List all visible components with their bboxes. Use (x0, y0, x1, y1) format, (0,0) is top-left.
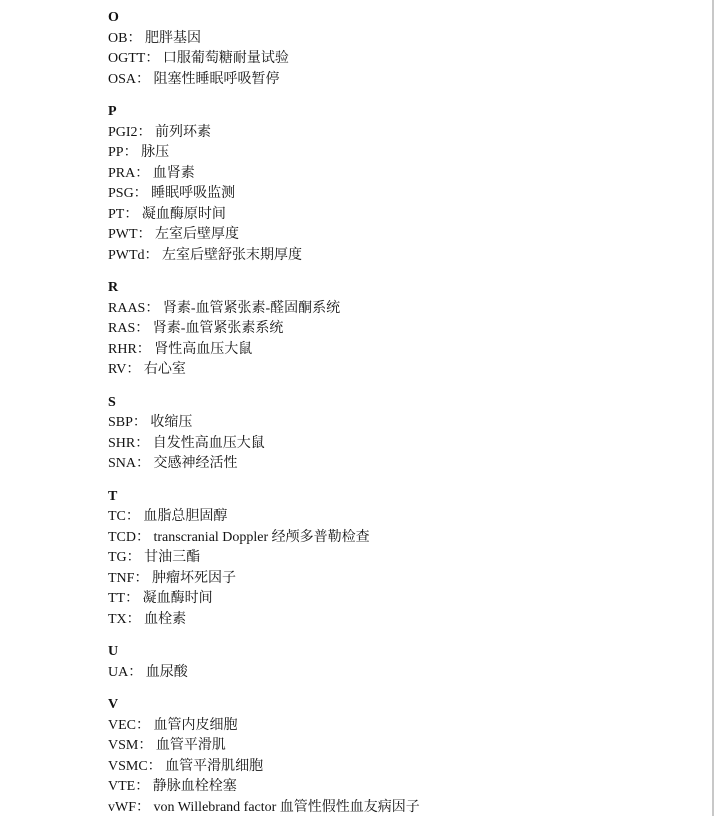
glossary-section-v: V VEC： 血管内皮细胞 VSM： 血管平滑肌 VSMC： 血管平滑肌细胞 V… (108, 695, 676, 816)
glossary-entry: TNF： 肿瘤坏死因子 (108, 569, 676, 590)
section-letter: S (108, 393, 676, 414)
glossary-entry: RAS： 肾素-血管紧张素系统 (108, 319, 676, 340)
glossary-entry: TX： 血栓素 (108, 610, 676, 631)
glossary-entry: VSMC： 血管平滑肌细胞 (108, 757, 676, 778)
section-letter: P (108, 102, 676, 123)
glossary-entry: TT： 凝血酶时间 (108, 589, 676, 610)
glossary-entry: TC： 血脂总胆固醇 (108, 507, 676, 528)
glossary-entry: VSM： 血管平滑肌 (108, 736, 676, 757)
section-letter: R (108, 278, 676, 299)
glossary-content: O OB： 肥胖基因 OGTT： 口服葡萄糖耐量试验 OSA： 阻塞性睡眠呼吸暂… (108, 8, 676, 816)
glossary-entry: TCD： transcranial Doppler 经颅多普勒检查 (108, 528, 676, 549)
page-right-edge-divider (712, 0, 714, 816)
section-letter: O (108, 8, 676, 29)
glossary-entry: PWT： 左室后壁厚度 (108, 225, 676, 246)
glossary-entry: vWF： von Willebrand factor 血管性假性血友病因子 (108, 798, 676, 816)
glossary-section-u: U UA： 血尿酸 (108, 642, 676, 683)
glossary-entry: PT： 凝血酶原时间 (108, 205, 676, 226)
glossary-entry: PWTd： 左室后壁舒张末期厚度 (108, 246, 676, 267)
glossary-entry: OSA： 阻塞性睡眠呼吸暂停 (108, 70, 676, 91)
section-letter: T (108, 487, 676, 508)
document-page: O OB： 肥胖基因 OGTT： 口服葡萄糖耐量试验 OSA： 阻塞性睡眠呼吸暂… (0, 0, 716, 816)
glossary-entry: PRA： 血肾素 (108, 164, 676, 185)
glossary-entry: OB： 肥胖基因 (108, 29, 676, 50)
glossary-entry: PSG： 睡眠呼吸监测 (108, 184, 676, 205)
glossary-entry: SHR： 自发性高血压大鼠 (108, 434, 676, 455)
glossary-entry: SBP： 收缩压 (108, 413, 676, 434)
glossary-entry: PGI2： 前列环素 (108, 123, 676, 144)
glossary-entry: PP： 脉压 (108, 143, 676, 164)
glossary-entry: VEC： 血管内皮细胞 (108, 716, 676, 737)
glossary-section-r: R RAAS： 肾素-血管紧张素-醛固酮系统 RAS： 肾素-血管紧张素系统 R… (108, 278, 676, 381)
glossary-section-t: T TC： 血脂总胆固醇 TCD： transcranial Doppler 经… (108, 487, 676, 631)
glossary-section-s: S SBP： 收缩压 SHR： 自发性高血压大鼠 SNA： 交感神经活性 (108, 393, 676, 475)
section-letter: U (108, 642, 676, 663)
section-letter: V (108, 695, 676, 716)
glossary-entry: RV： 右心室 (108, 360, 676, 381)
glossary-section-p: P PGI2： 前列环素 PP： 脉压 PRA： 血肾素 PSG： 睡眠呼吸监测… (108, 102, 676, 266)
glossary-entry: VTE： 静脉血栓栓塞 (108, 777, 676, 798)
glossary-entry: TG： 甘油三酯 (108, 548, 676, 569)
glossary-entry: RAAS： 肾素-血管紧张素-醛固酮系统 (108, 299, 676, 320)
glossary-entry: OGTT： 口服葡萄糖耐量试验 (108, 49, 676, 70)
glossary-entry: SNA： 交感神经活性 (108, 454, 676, 475)
glossary-section-o: O OB： 肥胖基因 OGTT： 口服葡萄糖耐量试验 OSA： 阻塞性睡眠呼吸暂… (108, 8, 676, 90)
glossary-entry: RHR： 肾性高血压大鼠 (108, 340, 676, 361)
glossary-entry: UA： 血尿酸 (108, 663, 676, 684)
